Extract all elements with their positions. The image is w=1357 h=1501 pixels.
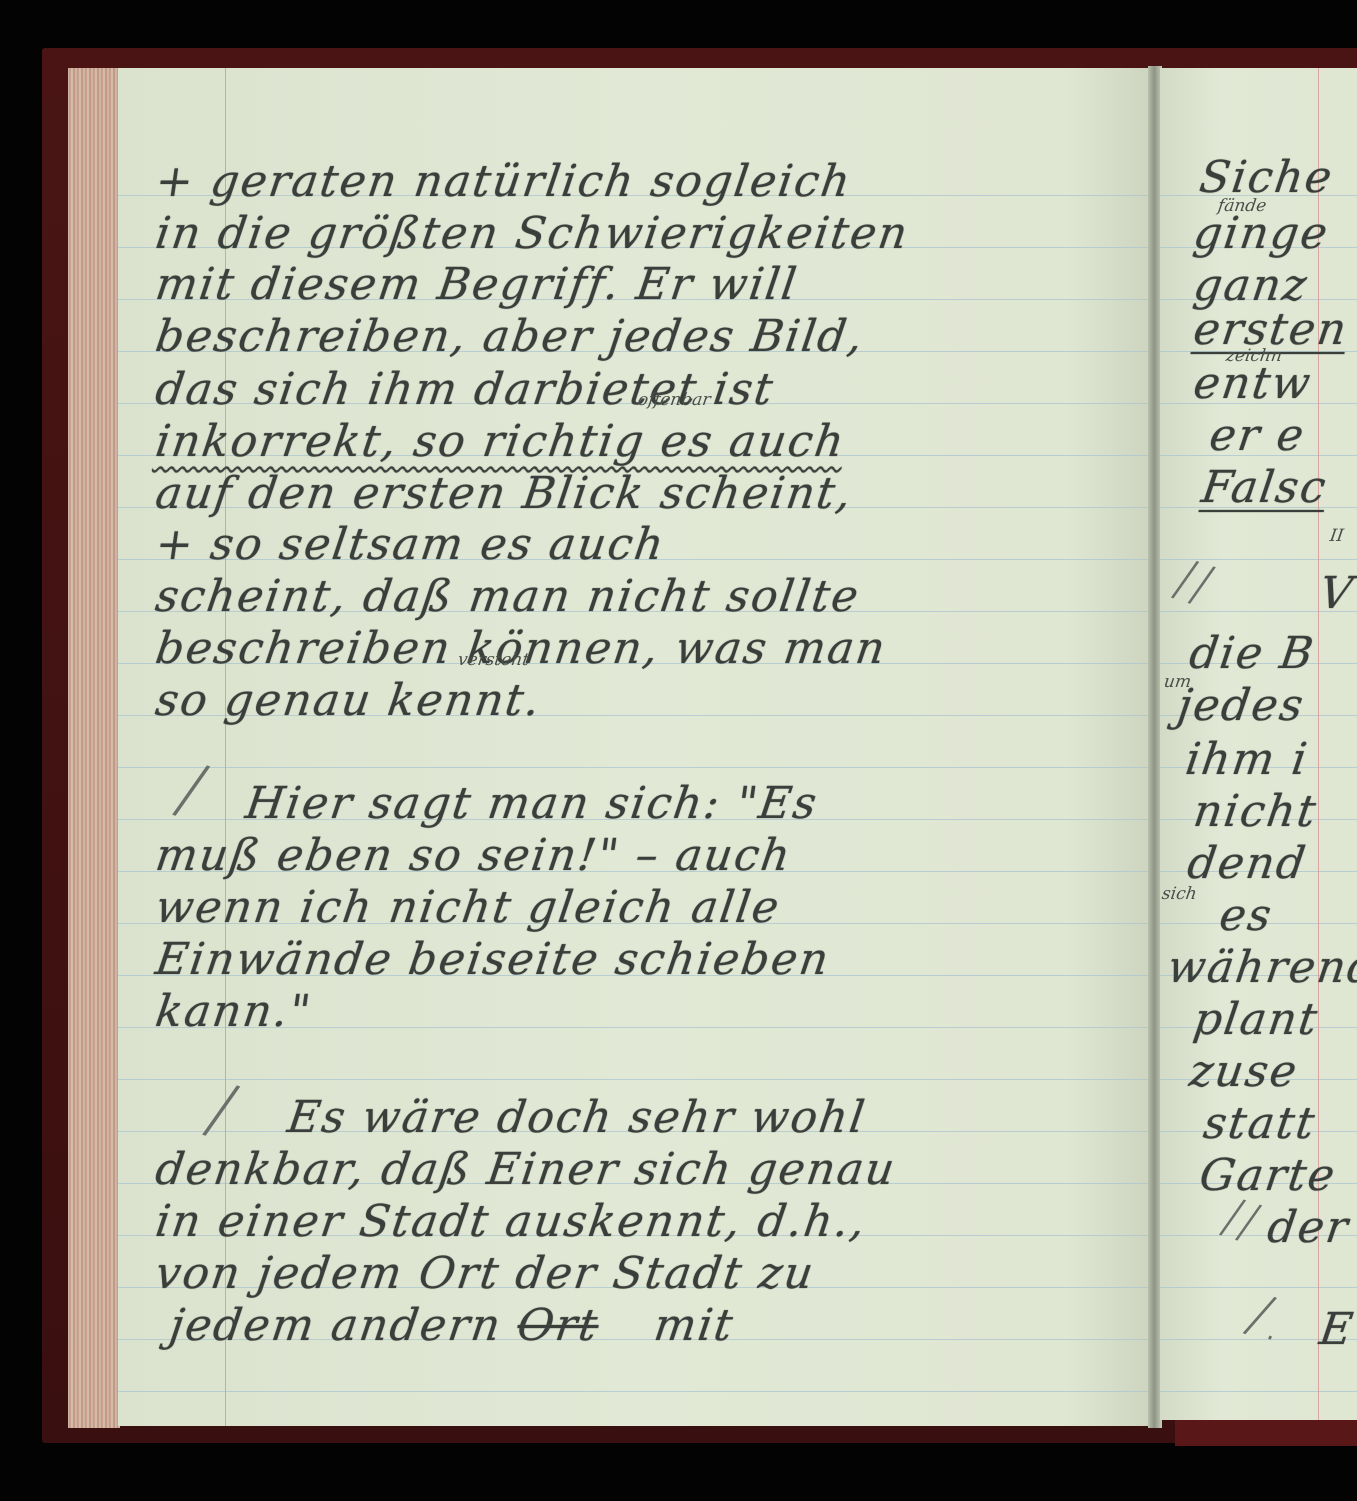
handwritten-line: mit diesem Begriff. Er will (152, 259, 801, 310)
left-page: + geraten natürlich sogleich in die größ… (118, 68, 1150, 1426)
handwritten-fragment: Falsc (1198, 462, 1330, 513)
handwritten-line: + so seltsam es auch (152, 519, 668, 570)
handwritten-line: jedem andern Ort mit (166, 1300, 737, 1351)
right-page: Siche fände ginge ganz ersten zeichn ent… (1160, 68, 1357, 1420)
insertion-above: versteht (457, 650, 531, 670)
handwritten-fragment: statt (1200, 1098, 1319, 1149)
handwritten-line: so genau kennt. (152, 675, 544, 726)
ruled-line (118, 1391, 1150, 1392)
section-marker: /. (1238, 1281, 1298, 1355)
handwritten-fragment: jedes (1174, 680, 1308, 731)
page-edge-stack (68, 68, 120, 1428)
handwritten-fragment: zuse (1186, 1046, 1301, 1097)
handwritten-line: in die größten Schwierigkeiten (152, 208, 912, 259)
handwritten-fragment: V (1316, 568, 1357, 619)
handwritten-fragment: ihm i (1182, 734, 1311, 785)
ruled-line (118, 1079, 1150, 1080)
handwritten-fragment: während (1164, 942, 1357, 993)
handwritten-line: + geraten natürlich sogleich (152, 156, 855, 207)
struck-word: Ort (514, 1300, 602, 1351)
handwritten-fragment: Garte (1196, 1150, 1339, 1201)
handwritten-line: denkbar, daß Einer sich genau (152, 1144, 899, 1195)
handwritten-line: von jedem Ort der Stadt zu (152, 1248, 818, 1299)
handwritten-line: auf den ersten Blick scheint, (152, 468, 856, 519)
handwritten-line: muß eben so sein!" – auch (152, 830, 795, 881)
ruled-line (1160, 1391, 1357, 1392)
text-segment: jedem andern (166, 1300, 505, 1351)
handwritten-fragment: E (1316, 1304, 1357, 1355)
handwritten-line: Einwände beiseite schieben (152, 934, 833, 985)
handwritten-line: kann." (152, 986, 315, 1037)
handwritten-line: Hier sagt man sich: "Es (242, 778, 821, 829)
handwritten-line: Es wäre doch sehr wohl (284, 1092, 869, 1143)
text-segment: mit (651, 1300, 738, 1351)
handwritten-fragment: der (1264, 1202, 1352, 1253)
handwritten-fragment: entw (1190, 358, 1315, 409)
insertion-above: offenbar (637, 390, 712, 410)
handwritten-fragment: er e (1206, 410, 1308, 461)
handwritten-fragment: ginge (1190, 208, 1332, 259)
ruled-line (1160, 1287, 1357, 1288)
handwritten-line: wenn ich nicht gleich alle (152, 882, 783, 933)
handwritten-line: scheint, daß man nicht sollte (152, 571, 863, 622)
ruled-line (118, 767, 1150, 768)
cover-corner (1175, 1420, 1357, 1446)
insertion-above: sich (1161, 884, 1198, 904)
handwritten-line: beschreiben, aber jedes Bild, (152, 311, 867, 362)
section-numeral: II (1329, 526, 1345, 546)
handwritten-line: in einer Stadt auskennt, d.h., (152, 1196, 870, 1247)
handwritten-fragment: dend (1184, 838, 1310, 889)
handwritten-fragment: plant (1190, 994, 1322, 1045)
handwritten-line: inkorrekt, so richtig es auch (152, 416, 848, 467)
handwritten-fragment: die B (1186, 628, 1318, 679)
handwritten-fragment: es (1216, 890, 1276, 941)
handwritten-fragment: nicht (1190, 786, 1320, 837)
